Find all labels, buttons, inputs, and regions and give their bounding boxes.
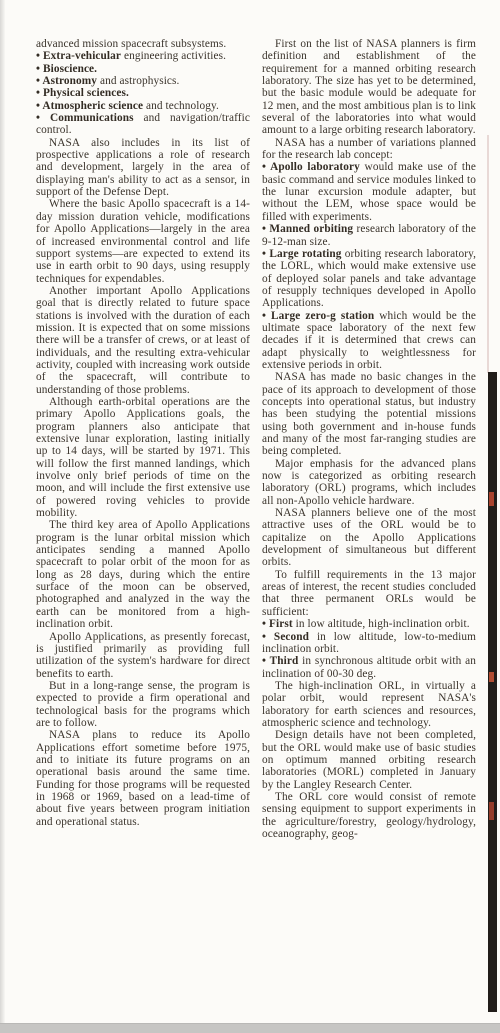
bullet-paragraph: • Bioscience.: [36, 63, 250, 75]
paragraph: Although earth-orbital operations are th…: [36, 396, 250, 519]
page-edge-left: [0, 0, 5, 1023]
text-segment: The high-inclination ORL, in virtually a…: [262, 680, 476, 729]
paragraph: But in a long-range sense, the program i…: [36, 680, 250, 729]
paragraph: advanced mission spacecraft subsystems.: [36, 38, 250, 50]
bold-text-segment: • Communications: [36, 112, 134, 124]
paragraph: NASA planners believe one of the most at…: [262, 507, 476, 569]
bold-text-segment: • Large rotating: [262, 248, 342, 260]
bold-text-segment: • Physical sciences.: [36, 87, 129, 99]
text-segment: Although earth-orbital operations are th…: [36, 396, 250, 519]
paragraph: First on the list of NASA planners is fi…: [262, 38, 476, 137]
bullet-paragraph: • Astronomy and astrophysics.: [36, 75, 250, 87]
bottom-scan-band: [0, 1023, 500, 1033]
text-segment: Major emphasis for the advanced plans no…: [262, 458, 476, 507]
text-segment: advanced mission spacecraft subsystems.: [36, 38, 226, 50]
text-segment: Where the basic Apollo spacecraft is a 1…: [36, 198, 250, 284]
text-segment: First on the list of NASA planners is fi…: [262, 38, 476, 136]
paragraph: The ORL core would consist of remote sen…: [262, 791, 476, 840]
bullet-paragraph: • Atmospheric science and technology.: [36, 100, 250, 112]
bullet-paragraph: • Large rotating orbiting research labor…: [262, 248, 476, 310]
text-segment: NASA planners believe one of the most at…: [262, 507, 476, 568]
sliver-red-fleck: [489, 802, 494, 820]
bullet-paragraph: • Second in low altitude, low-to-medium …: [262, 631, 476, 656]
paragraph: NASA also includes in its list of prospe…: [36, 137, 250, 199]
bold-text-segment: • Bioscience.: [36, 63, 97, 75]
text-segment: Apollo Applications, as presently foreca…: [36, 631, 250, 680]
text-segment: NASA plans to reduce its Apollo Applicat…: [36, 729, 250, 827]
paragraph: Design details have not been completed, …: [262, 729, 476, 791]
bullet-paragraph: • First in low altitude, high-inclinatio…: [262, 618, 476, 630]
bullet-paragraph: • Third in synchronous altitude orbit wi…: [262, 655, 476, 680]
sliver-red-fleck: [489, 672, 494, 682]
left-text-column: advanced mission spacecraft subsystems.•…: [36, 38, 250, 828]
text-segment: But in a long-range sense, the program i…: [36, 680, 250, 729]
text-segment: and astrophysics.: [97, 75, 179, 87]
bullet-paragraph: • Large zero-g station which would be th…: [262, 310, 476, 372]
bold-text-segment: • Apollo laboratory: [262, 161, 360, 173]
bold-text-segment: • First: [262, 618, 293, 630]
paragraph: Apollo Applications, as presently foreca…: [36, 631, 250, 680]
bold-text-segment: • Astronomy: [36, 75, 97, 87]
paragraph: NASA plans to reduce its Apollo Applicat…: [36, 729, 250, 828]
bold-text-segment: • Third: [262, 655, 298, 667]
text-segment: Another important Apollo Applications go…: [36, 285, 250, 396]
text-segment: The third key area of Apollo Application…: [36, 519, 250, 630]
bullet-paragraph: • Communications and navigation/traffic …: [36, 112, 250, 137]
right-text-column: First on the list of NASA planners is fi…: [262, 38, 476, 840]
text-segment: NASA also includes in its list of prospe…: [36, 137, 250, 198]
text-segment: NASA has a number of variations planned …: [262, 137, 476, 161]
bold-text-segment: • Manned orbiting: [262, 223, 353, 235]
bullet-paragraph: • Apollo laboratory would make use of th…: [262, 161, 476, 223]
text-segment: engineering activities.: [121, 50, 226, 62]
text-segment: in low altitude, high-inclination orbit.: [293, 618, 470, 630]
text-segment: and technology.: [143, 100, 219, 112]
bullet-paragraph: • Extra-vehicular engineering activities…: [36, 50, 250, 62]
paragraph: Major emphasis for the advanced plans no…: [262, 458, 476, 507]
paragraph: NASA has made no basic changes in the pa…: [262, 371, 476, 457]
page-fold-line: [487, 135, 489, 373]
adjacent-page-sliver: [488, 372, 497, 1012]
bold-text-segment: • Second: [262, 631, 309, 643]
bullet-paragraph: • Manned orbiting research laboratory of…: [262, 223, 476, 248]
paragraph: NASA has a number of variations planned …: [262, 137, 476, 162]
paragraph: The third key area of Apollo Application…: [36, 519, 250, 630]
bold-text-segment: • Extra-vehicular: [36, 50, 121, 62]
text-segment: NASA has made no basic changes in the pa…: [262, 371, 476, 457]
text-segment: To fulfill requirements in the 13 major …: [262, 569, 476, 618]
paragraph: Where the basic Apollo spacecraft is a 1…: [36, 198, 250, 284]
bullet-paragraph: • Physical sciences.: [36, 87, 250, 99]
paragraph: To fulfill requirements in the 13 major …: [262, 569, 476, 618]
bold-text-segment: • Large zero-g station: [262, 310, 374, 322]
bold-text-segment: • Atmospheric science: [36, 100, 143, 112]
text-segment: Design details have not been completed, …: [262, 729, 476, 790]
paragraph: The high-inclination ORL, in virtually a…: [262, 680, 476, 729]
text-segment: The ORL core would consist of remote sen…: [262, 791, 476, 840]
sliver-red-fleck: [489, 492, 494, 506]
paragraph: Another important Apollo Applications go…: [36, 285, 250, 396]
